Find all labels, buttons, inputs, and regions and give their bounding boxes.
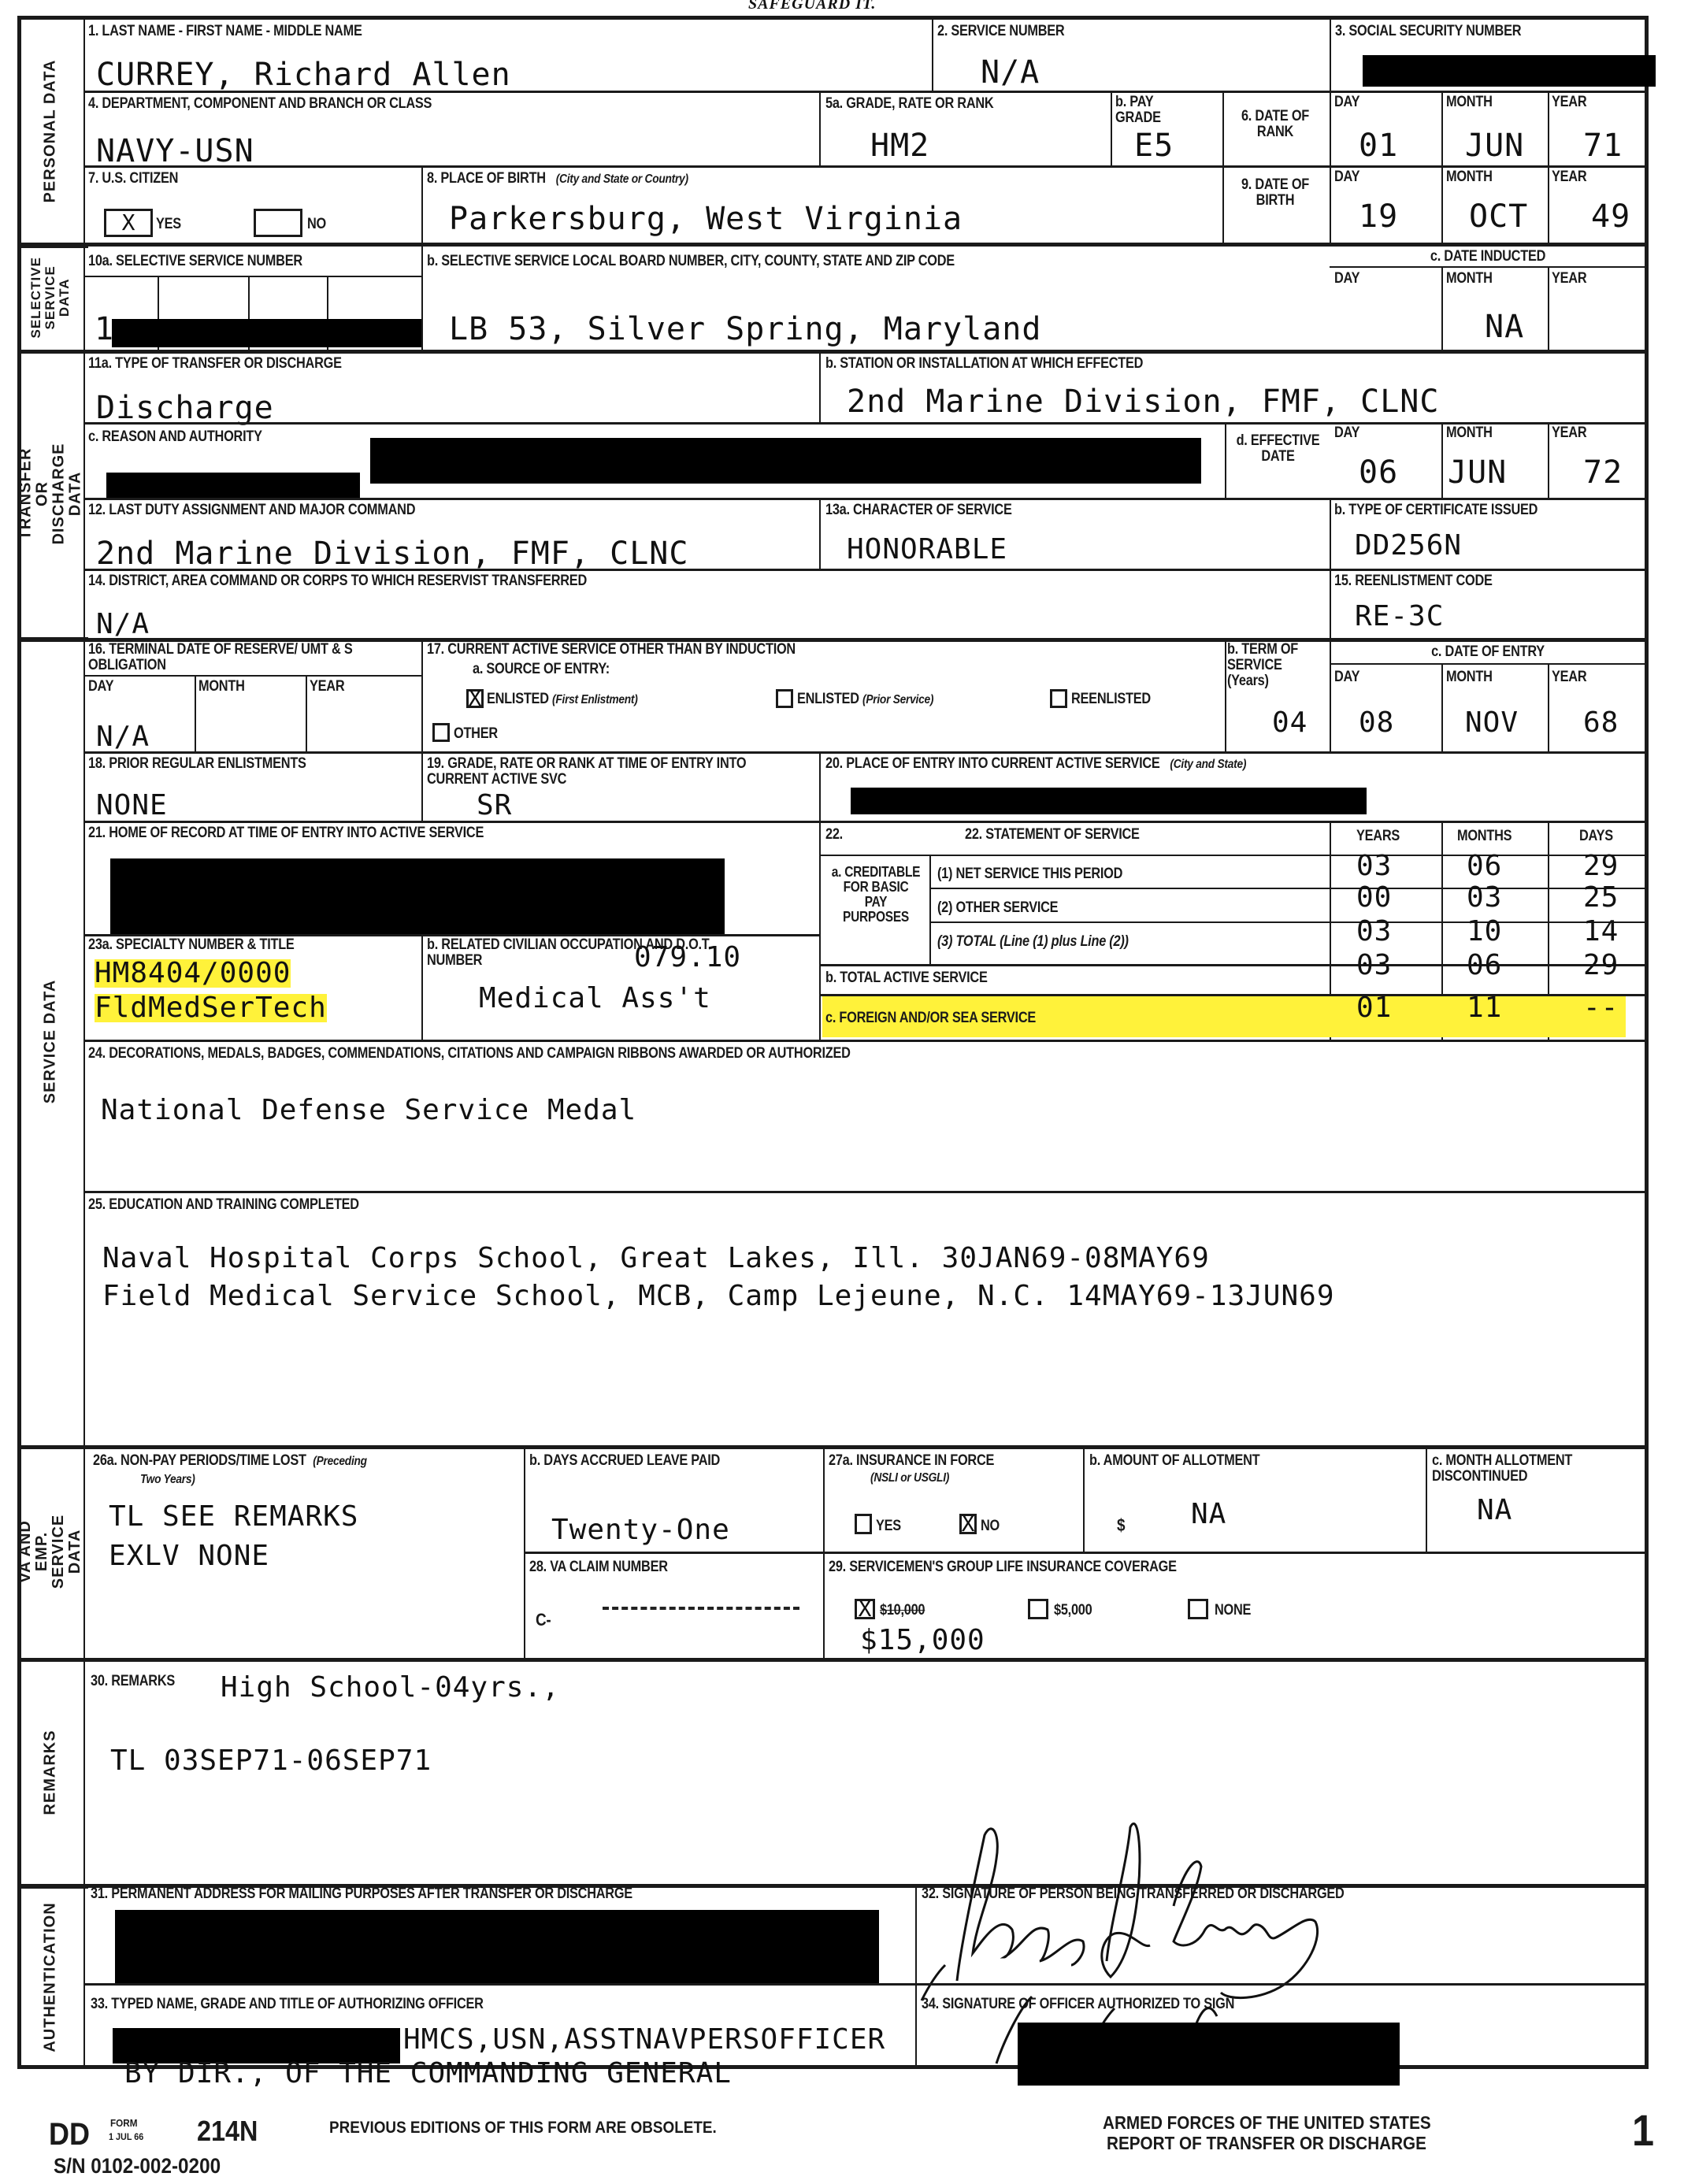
- effective-month: JUN: [1448, 457, 1507, 488]
- department-label: 4. DEPARTMENT, COMPONENT AND BRANCH OR C…: [88, 96, 432, 112]
- day-col-label-4: DAY: [1334, 425, 1359, 441]
- va-claim-prefix: C-: [536, 1611, 551, 1629]
- transfer-type-value: Discharge: [96, 392, 274, 424]
- allotment-month-label: c. MONTH ALLOTMENT DISCONTINUED: [1432, 1453, 1615, 1485]
- last-duty-label: 12. LAST DUTY ASSIGNMENT AND MAJOR COMMA…: [88, 502, 415, 518]
- insurance-label: 27a. INSURANCE IN FORCE: [829, 1453, 994, 1469]
- term-of-service-label: b. TERM OF SERVICE (Years): [1227, 642, 1315, 689]
- term-of-service-value: 04: [1272, 709, 1308, 737]
- sgli-5000-checkbox[interactable]: [1028, 1599, 1048, 1619]
- entry-month: NOV: [1465, 709, 1519, 737]
- specialty-label: 23a. SPECIALTY NUMBER & TITLE: [88, 937, 295, 953]
- row-months: 06: [1467, 951, 1502, 980]
- character-label: 13a. CHARACTER OF SERVICE: [825, 502, 1012, 518]
- row-years: 00: [1356, 884, 1392, 912]
- row-months: 10: [1467, 918, 1502, 946]
- allotment-label: b. AMOUNT OF ALLOTMENT: [1089, 1453, 1259, 1469]
- department-value: NAVY-USN: [96, 135, 254, 167]
- row-label: (2) OTHER SERVICE: [937, 900, 1058, 916]
- dob-month: OCT: [1469, 201, 1528, 232]
- form-word: FORM: [110, 2117, 137, 2129]
- section-service-data: SERVICE DATA: [17, 637, 83, 1445]
- enlisted-prior-label: ENLISTED (Prior Service): [797, 692, 933, 707]
- decorations-label: 24. DECORATIONS, MEDALS, BADGES, COMMEND…: [88, 1046, 851, 1062]
- citizen-yes-checkbox[interactable]: [104, 209, 153, 237]
- form-number: 214N: [197, 2115, 258, 2148]
- station-value: 2nd Marine Division, FMF, CLNC: [847, 386, 1439, 417]
- va-claim-dashes: [603, 1607, 799, 1610]
- pay-grade-label: b. PAY GRADE: [1115, 95, 1196, 126]
- station-label: b. STATION OR INSTALLATION AT WHICH EFFE…: [825, 356, 1143, 372]
- service-number-label: 2. SERVICE NUMBER: [937, 24, 1064, 39]
- row-months: 06: [1467, 852, 1502, 881]
- insurance-yes-checkbox[interactable]: [855, 1514, 872, 1534]
- education-line-2: Field Medical Service School, MCB, Camp …: [102, 1282, 1335, 1311]
- row-days: 14: [1583, 918, 1619, 946]
- nonpay-line-2: EXLV NONE: [109, 1542, 269, 1570]
- row-days: --: [1583, 994, 1619, 1022]
- row-label: (1) NET SERVICE THIS PERIOD: [937, 866, 1122, 882]
- copy-number: 1: [1632, 2104, 1654, 2156]
- year-col-label-4: YEAR: [1552, 425, 1586, 441]
- grade-at-entry-label: 19. GRADE, RATE OR RANK AT TIME OF ENTRY…: [427, 756, 766, 788]
- month-col-label-6: MONTH: [1446, 669, 1493, 685]
- sgli-10000-checkbox[interactable]: [855, 1599, 875, 1619]
- row-days: 25: [1583, 884, 1619, 912]
- effective-year: 72: [1583, 457, 1623, 488]
- rank-day: 01: [1359, 130, 1398, 161]
- ss-number-label: 10a. SELECTIVE SERVICE NUMBER: [88, 254, 302, 269]
- current-service-label: 17. CURRENT ACTIVE SERVICE OTHER THAN BY…: [427, 642, 796, 658]
- officer-directive: BY DIR., OF THE COMMANDING GENERAL: [124, 2060, 732, 2088]
- row-years: 03: [1356, 852, 1392, 881]
- insurance-no-checkbox[interactable]: [959, 1514, 977, 1534]
- sgli-none-checkbox[interactable]: [1188, 1599, 1208, 1619]
- leave-paid-value: Twenty-One: [551, 1516, 730, 1544]
- row-days: 29: [1583, 852, 1619, 881]
- person-signature: [914, 1804, 1512, 2008]
- month-col-label-2: MONTH: [1446, 169, 1493, 185]
- citizen-label: 7. U.S. CITIZEN: [88, 171, 178, 187]
- sgli-10000-label: $10,000: [880, 1603, 925, 1619]
- section-selective-service: SELECTIVE SERVICE DATA: [17, 246, 83, 350]
- reason-authority-label: c. REASON AND AUTHORITY: [88, 429, 262, 445]
- entry-year: 68: [1583, 709, 1619, 737]
- row-label: b. TOTAL ACTIVE SERVICE: [825, 970, 988, 986]
- leave-paid-label: b. DAYS ACCRUED LEAVE PAID: [529, 1453, 720, 1469]
- home-of-record-label: 21. HOME OF RECORD AT TIME OF ENTRY INTO…: [88, 825, 484, 841]
- local-board-label: b. SELECTIVE SERVICE LOCAL BOARD NUMBER,…: [427, 254, 955, 269]
- officer-signature-redaction: [1018, 2023, 1400, 2086]
- enlisted-prior-checkbox[interactable]: [776, 689, 793, 708]
- month-col-label: MONTH: [1446, 95, 1493, 110]
- education-line-1: Naval Hospital Corps School, Great Lakes…: [102, 1244, 1210, 1273]
- nonpay-line-1: TL SEE REMARKS: [109, 1503, 358, 1531]
- obsolete-notice: PREVIOUS EDITIONS OF THIS FORM ARE OBSOL…: [329, 2119, 717, 2138]
- form-dd: DD: [49, 2117, 90, 2152]
- form-date: 1 JUL 66: [109, 2131, 143, 2142]
- education-label: 25. EDUCATION AND TRAINING COMPLETED: [88, 1197, 359, 1213]
- day-col-label: DAY: [1334, 95, 1359, 110]
- effective-day: 06: [1359, 457, 1398, 488]
- row-years: 03: [1356, 918, 1392, 946]
- insurance-no-label: NO: [981, 1518, 1000, 1534]
- frame-top: [17, 16, 1648, 20]
- form-title-line-2: REPORT OF TRANSFER OR DISCHARGE: [1107, 2133, 1426, 2154]
- reenlisted-checkbox[interactable]: [1050, 689, 1067, 708]
- sgli-label: 29. SERVICEMEN'S GROUP LIFE INSURANCE CO…: [829, 1559, 1177, 1575]
- col-months: MONTHS: [1457, 829, 1512, 844]
- section-authentication: AUTHENTICATION: [17, 1886, 83, 2067]
- section-personal-data: PERSONAL DATA: [17, 16, 83, 246]
- prior-enlistments-label: 18. PRIOR REGULAR ENLISTMENTS: [88, 756, 306, 772]
- citizen-yes-label: YES: [156, 217, 181, 232]
- dob-day: 19: [1359, 201, 1398, 232]
- name-label: 1. LAST NAME - FIRST NAME - MIDDLE NAME: [88, 24, 362, 39]
- remarks-label: 30. REMARKS: [91, 1674, 175, 1689]
- creditable-label: a. CREDITABLE FOR BASIC PAY PURPOSES: [831, 865, 921, 925]
- home-of-record-redaction: [110, 858, 725, 934]
- effective-date-label: d. EFFECTIVE DATE: [1232, 433, 1323, 465]
- last-duty-value: 2nd Marine Division, FMF, CLNC: [96, 538, 688, 569]
- row-label: (3) TOTAL (Line (1) plus Line (2)): [937, 934, 1129, 950]
- col-days: DAYS: [1579, 829, 1613, 844]
- date-of-birth-label: 9. DATE OF BIRTH: [1235, 177, 1315, 209]
- date-inducted-label: c. DATE INDUCTED: [1356, 249, 1619, 265]
- reenlistment-label: 15. REENLISTMENT CODE: [1334, 573, 1493, 589]
- citizen-no-label: NO: [307, 217, 326, 232]
- district-label: 14. DISTRICT, AREA COMMAND OR CORPS TO W…: [88, 573, 587, 589]
- specialty-title: FldMedSerTech: [95, 994, 327, 1022]
- year-col-label-6: YEAR: [1552, 669, 1586, 685]
- dob-year: 49: [1591, 201, 1630, 232]
- officer-title: HMCS,USN,ASSTNAVPERSOFFICER: [403, 2026, 885, 2054]
- decorations-value: National Defense Service Medal: [101, 1096, 636, 1125]
- authorizing-officer-label: 33. TYPED NAME, GRADE AND TITLE OF AUTHO…: [91, 1997, 484, 2012]
- birthplace-value: Parkersburg, West Virginia: [449, 203, 963, 235]
- sgli-value: $15,000: [860, 1626, 985, 1655]
- mailing-address-redaction: [115, 1910, 879, 1985]
- rank-month: JUN: [1465, 130, 1524, 161]
- birthplace-label: 8. PLACE OF BIRTH (City and State or Cou…: [427, 171, 688, 187]
- district-value: N/A: [96, 610, 150, 639]
- month-col-label-5: MONTH: [198, 679, 245, 695]
- form-serial-number: S/N 0102-002-0200: [54, 2154, 221, 2178]
- allotment-value: NA: [1191, 1500, 1226, 1529]
- allotment-month-value: NA: [1477, 1496, 1512, 1525]
- grade-label: 5a. GRADE, RATE OR RANK: [825, 96, 993, 112]
- sgli-5000-label: $5,000: [1054, 1603, 1092, 1619]
- year-col-label: YEAR: [1552, 95, 1586, 110]
- month-col-label-3: MONTH: [1446, 271, 1493, 287]
- certificate-label: b. TYPE OF CERTIFICATE ISSUED: [1334, 502, 1537, 518]
- safeguard-caption: SAFEGUARD IT.: [748, 0, 876, 13]
- section-remarks: REMARKS: [17, 1658, 83, 1886]
- character-value: HONORABLE: [847, 536, 1007, 564]
- nonpay-label-cont: Two Years): [140, 1471, 195, 1487]
- date-inducted-month: NA: [1485, 311, 1524, 343]
- pay-grade-value: E5: [1134, 130, 1174, 161]
- grade-at-entry-value: SR: [477, 792, 512, 820]
- other-checkbox[interactable]: [432, 723, 450, 742]
- year-col-label-3: YEAR: [1552, 271, 1586, 287]
- date-of-entry-label: c. DATE OF ENTRY: [1356, 644, 1619, 660]
- remarks-line-2: TL 03SEP71-06SEP71: [110, 1747, 432, 1775]
- transfer-type-label: 11a. TYPE OF TRANSFER OR DISCHARGE: [88, 356, 342, 372]
- terminal-day-value: N/A: [96, 723, 150, 751]
- va-claim-label: 28. VA CLAIM NUMBER: [529, 1559, 668, 1575]
- certificate-value: DD256N: [1355, 532, 1462, 560]
- section-transfer-discharge: TRANSFER OR DISCHARGE DATA: [17, 350, 83, 637]
- insurance-yes-label: YES: [876, 1518, 901, 1534]
- day-col-label-5: DAY: [88, 679, 113, 695]
- date-of-rank-label: 6. DATE OF RANK: [1235, 109, 1315, 140]
- enlisted-first-label: ENLISTED (First Enlistment): [487, 692, 638, 707]
- statement-number-label: 22.: [825, 827, 843, 843]
- civilian-occupation-value: Medical Ass't: [479, 984, 711, 1013]
- form-title-line-1: ARMED FORCES OF THE UNITED STATES: [1103, 2112, 1431, 2134]
- other-label: OTHER: [454, 726, 498, 742]
- terminal-date-label: 16. TERMINAL DATE OF RESERVE/ UMT & S OB…: [88, 642, 373, 673]
- day-col-label-3: DAY: [1334, 271, 1359, 287]
- year-col-label-2: YEAR: [1552, 169, 1586, 185]
- reason-redaction-2: [106, 473, 360, 498]
- row-years: 03: [1356, 951, 1392, 980]
- row-months: 03: [1467, 884, 1502, 912]
- specialty-number: HM8404/0000: [95, 959, 291, 988]
- grade-value: HM2: [870, 130, 929, 161]
- enlisted-first-checkbox[interactable]: [466, 689, 484, 708]
- place-of-entry-redaction: [851, 788, 1367, 814]
- nonpay-label: 26a. NON-PAY PERIODS/TIME LOST (Precedin…: [93, 1453, 367, 1469]
- prior-enlistments-value: NONE: [96, 792, 168, 820]
- local-board-value: LB 53, Silver Spring, Maryland: [449, 313, 1041, 345]
- ssn-label: 3. SOCIAL SECURITY NUMBER: [1335, 24, 1521, 39]
- year-col-label-5: YEAR: [310, 679, 344, 695]
- day-col-label-2: DAY: [1334, 169, 1359, 185]
- reenlisted-label: REENLISTED: [1071, 692, 1151, 707]
- col-years: YEARS: [1356, 829, 1400, 844]
- reenlistment-value: RE-3C: [1355, 603, 1444, 631]
- source-of-entry-label: a. SOURCE OF ENTRY:: [473, 662, 610, 677]
- statement-of-service-label: 22. STATEMENT OF SERVICE: [965, 827, 1140, 843]
- service-number-value: N/A: [981, 57, 1040, 88]
- sgli-none-label: NONE: [1215, 1603, 1251, 1619]
- section-va-emp: VA AND EMP. SERVICE DATA: [17, 1445, 83, 1658]
- month-col-label-4: MONTH: [1446, 425, 1493, 441]
- dot-number: 079.10: [634, 944, 741, 972]
- mailing-address-label: 31. PERMANENT ADDRESS FOR MAILING PURPOS…: [91, 1886, 632, 1902]
- remarks-line-1: High School-04yrs.,: [221, 1674, 560, 1702]
- row-label: c. FOREIGN AND/OR SEA SERVICE: [825, 1010, 1036, 1026]
- rank-year: 71: [1583, 130, 1623, 161]
- row-days: 29: [1583, 951, 1619, 980]
- row-months: 11: [1467, 994, 1502, 1022]
- row-years: 01: [1356, 994, 1392, 1022]
- place-of-entry-label: 20. PLACE OF ENTRY INTO CURRENT ACTIVE S…: [825, 756, 1246, 772]
- name-value: CURREY, Richard Allen: [96, 59, 511, 91]
- entry-day: 08: [1359, 709, 1394, 737]
- ss-number-redaction: [112, 319, 423, 347]
- allotment-currency: $: [1117, 1516, 1125, 1534]
- insurance-hint: (NSLI or USGLI): [870, 1470, 949, 1485]
- day-col-label-6: DAY: [1334, 669, 1359, 685]
- reason-redaction-1: [370, 438, 1201, 484]
- ssn-redaction: [1363, 55, 1656, 87]
- citizen-no-checkbox[interactable]: [254, 209, 302, 237]
